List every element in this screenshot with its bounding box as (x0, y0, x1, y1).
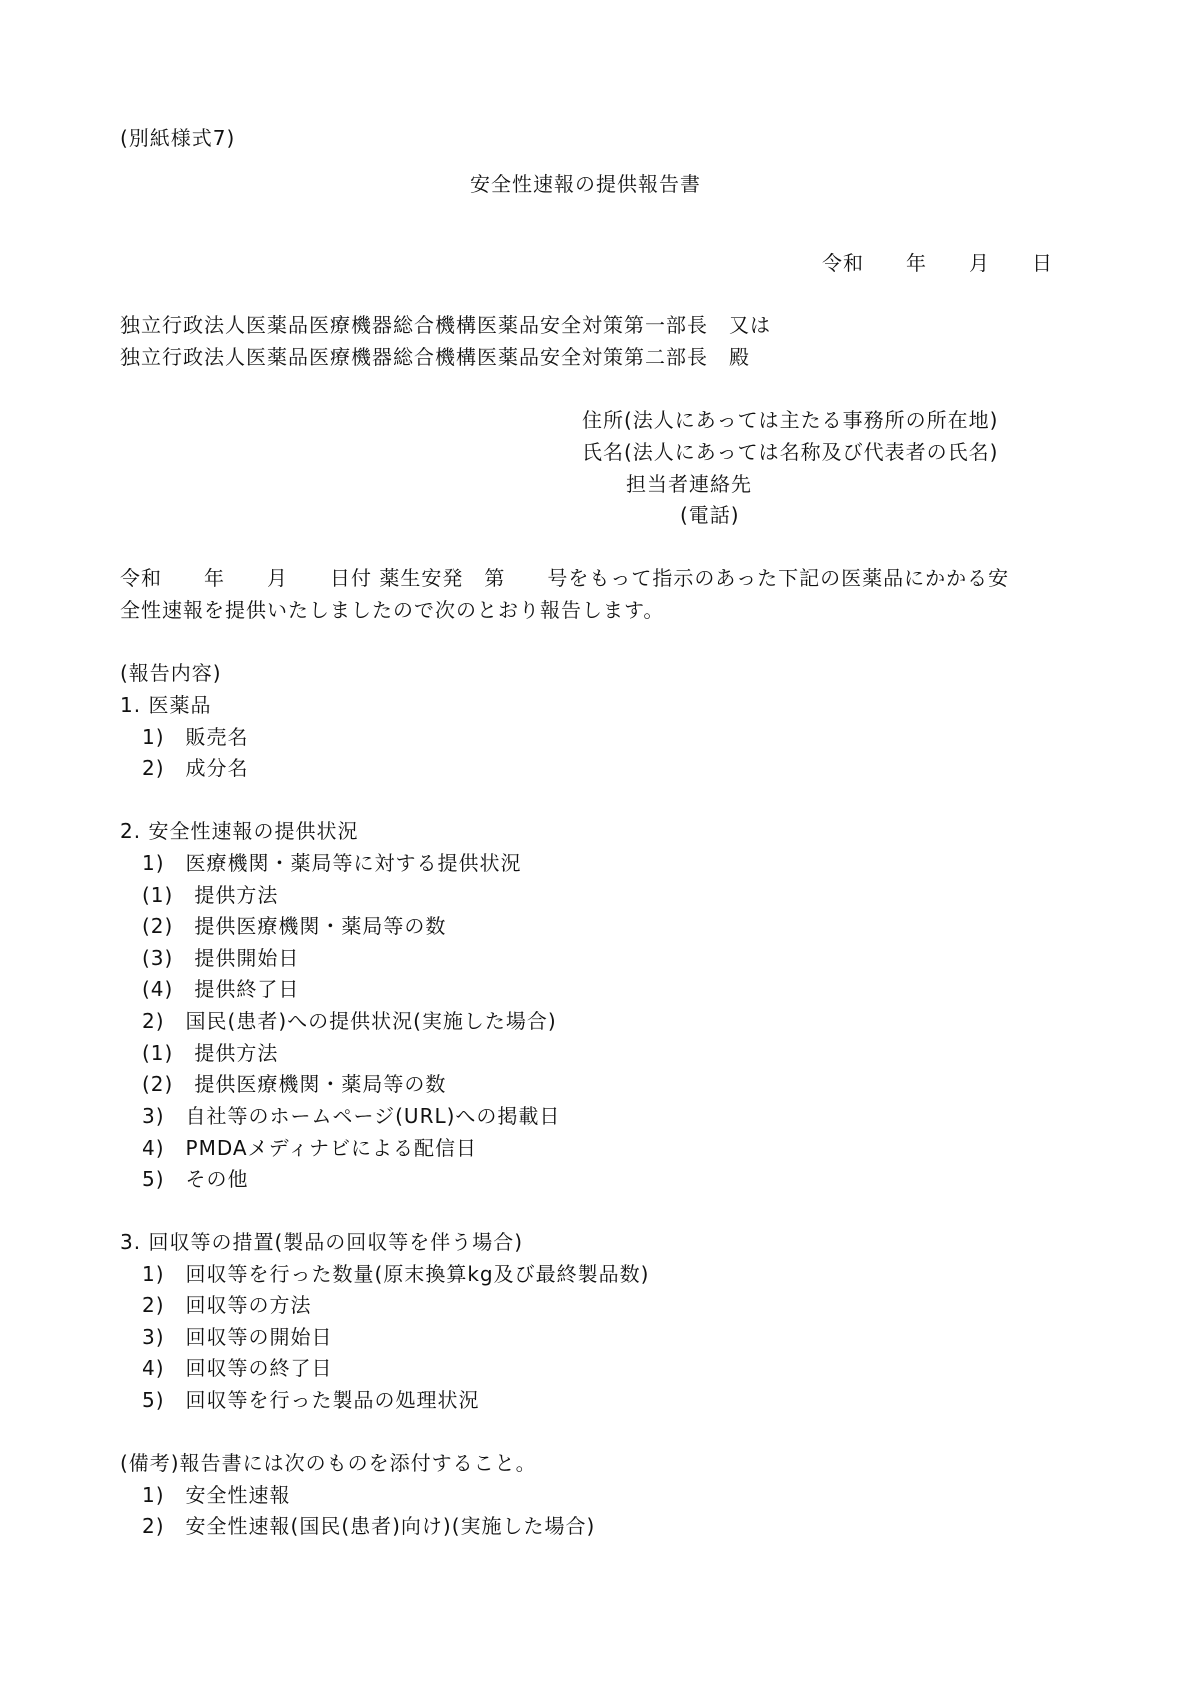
list-item: 1) 医療機関・薬局等に対する提供状況 (142, 851, 522, 875)
list-item: 2) 成分名 (142, 756, 249, 780)
list-item: (4) 提供終了日 (142, 977, 299, 1001)
date-line: 令和 年 月 日 (822, 251, 1053, 275)
sender-phone: (電話) (680, 503, 740, 527)
body-line-2: 全性速報を提供いたしましたので次のとおり報告します。 (120, 598, 664, 622)
list-item: 2) 回収等の方法 (142, 1293, 312, 1317)
report-heading: (報告内容) (120, 661, 222, 685)
list-item: 5) その他 (142, 1167, 249, 1191)
section-3-heading: 3. 回収等の措置(製品の回収等を伴う場合) (120, 1230, 523, 1254)
sender-address: 住所(法人にあっては主たる事務所の所在地) (582, 408, 998, 432)
section-1-heading: 1. 医薬品 (120, 693, 211, 717)
list-item: (1) 提供方法 (142, 883, 278, 907)
list-item: 2) 安全性速報(国民(患者)向け)(実施した場合) (142, 1514, 595, 1538)
list-item: (2) 提供医療機関・薬局等の数 (142, 914, 446, 938)
body-line-1: 令和 年 月 日付 薬生安発 第 号をもって指示のあった下記の医薬品にかかる安 (120, 566, 1009, 590)
list-item: 2) 国民(患者)への提供状況(実施した場合) (142, 1009, 557, 1033)
sender-name: 氏名(法人にあっては名称及び代表者の氏名) (582, 440, 998, 464)
document-title: 安全性速報の提供報告書 (470, 172, 701, 196)
list-item: 3) 自社等のホームページ(URL)への掲載日 (142, 1104, 560, 1128)
list-item: 3) 回収等の開始日 (142, 1325, 333, 1349)
list-item: 1) 安全性速報 (142, 1483, 291, 1507)
list-item: (3) 提供開始日 (142, 946, 299, 970)
sender-contact: 担当者連絡先 (626, 472, 752, 496)
list-item: 1) 回収等を行った数量(原末換算kg及び最終製品数) (142, 1262, 649, 1286)
addressee-line-1: 独立行政法人医薬品医療機器総合機構医薬品安全対策第一部長 又は (120, 313, 771, 337)
section-2-heading: 2. 安全性速報の提供状況 (120, 819, 358, 843)
addressee-line-2: 独立行政法人医薬品医療機器総合機構医薬品安全対策第二部長 殿 (120, 345, 750, 369)
list-item: (1) 提供方法 (142, 1041, 278, 1065)
list-item: 5) 回収等を行った製品の処理状況 (142, 1388, 480, 1412)
list-item: 4) 回収等の終了日 (142, 1356, 333, 1380)
remarks-heading: (備考)報告書には次のものを添付すること。 (120, 1451, 537, 1475)
list-item: 4) PMDAメディナビによる配信日 (142, 1136, 477, 1160)
list-item: 1) 販売名 (142, 725, 249, 749)
list-item: (2) 提供医療機関・薬局等の数 (142, 1072, 446, 1096)
form-label: (別紙様式7) (120, 126, 235, 150)
